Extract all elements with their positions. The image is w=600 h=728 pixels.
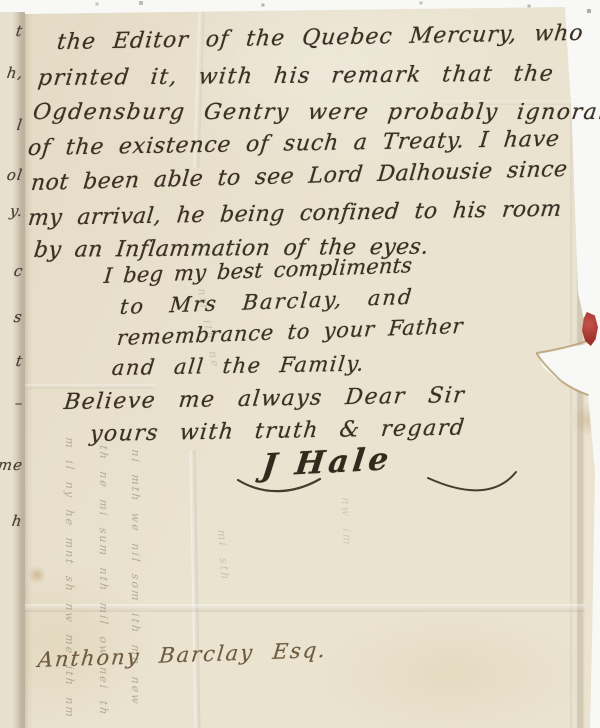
line-end-fragment: t [15, 352, 25, 370]
line-end-fragment: h, [5, 64, 24, 82]
letter-line-3: Ogdensburg Gentry were probably ignorant [31, 100, 600, 125]
line-end-fragment: me [0, 456, 24, 474]
vertical-crease [190, 450, 201, 728]
signature: J Hale [260, 441, 395, 484]
letter-line-11: and all the Family. [111, 352, 367, 380]
line-end-fragment: c [12, 262, 24, 280]
scanned-letter-page: { "letter": { "body_lines": [ "the Edito… [0, 0, 600, 728]
line-end-fragment: t [15, 22, 25, 40]
bleedthrough-text: nw im [339, 497, 354, 547]
bleedthrough-text: th ne mi sum nth mil ow nei th [97, 445, 110, 717]
scanner-dust-specks [0, 2, 2, 4]
bleedthrough-text: m il ny he mnt sh nw me ith nm [63, 437, 76, 720]
line-end-fragment: s [13, 308, 24, 326]
line-end-fragment: – [13, 394, 24, 412]
line-end-fragment: h [11, 512, 24, 530]
line-end-fragment: y. [8, 202, 24, 220]
line-end-fragment: ol [6, 166, 24, 184]
adjacent-page-edge: t h, l ol y. c s t – me h [0, 12, 25, 728]
letter-line-2: printed it, with his remark that the [37, 61, 556, 91]
line-end-fragment: l [16, 116, 24, 134]
